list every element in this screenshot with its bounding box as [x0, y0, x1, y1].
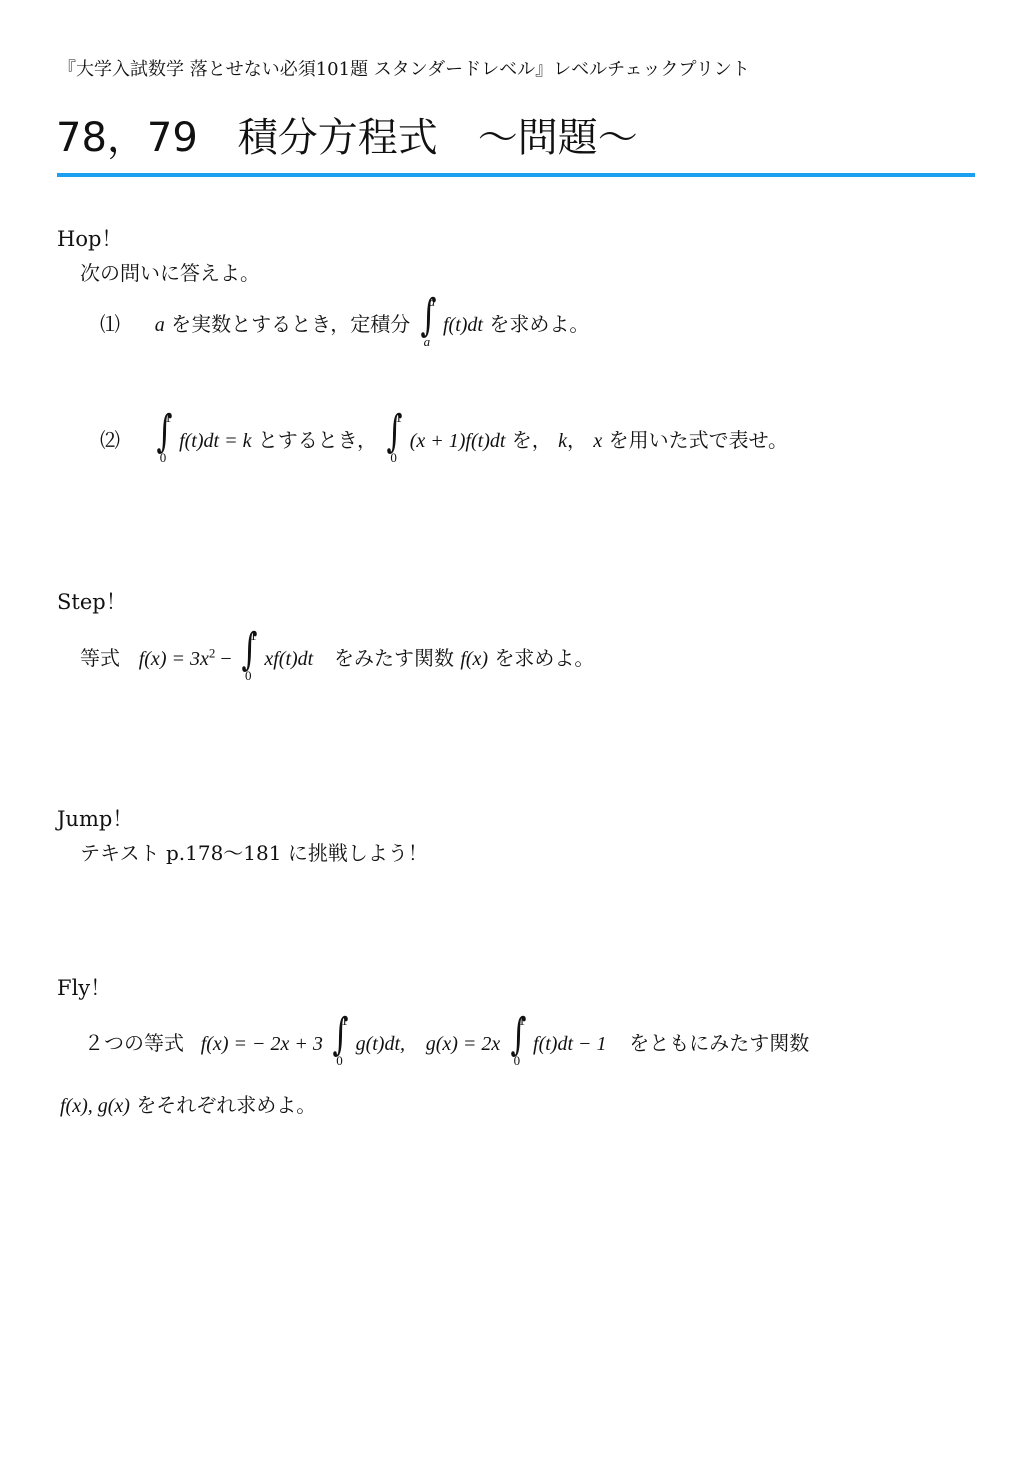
math-var-k: k [558, 430, 567, 452]
equation-lhs: f(x) = 3x [139, 648, 209, 670]
math-var-x: x [593, 430, 602, 452]
math-var-a: a [155, 314, 165, 336]
integral-sign: ∫ 1 0 [329, 1035, 349, 1055]
step-question: 等式 f(x) = 3x2 − ∫ 1 0 xf(t)dt をみたす関数 f(x… [80, 642, 594, 671]
jump-text: テキスト p.178～181 に挑戦しよう！ [80, 837, 428, 866]
fly-question-line1: ２つの等式 f(x) = − 2x + 3 ∫ 1 0 g(t)dt, g(x)… [84, 1027, 809, 1056]
integrand: (x + 1)f(t)dt [410, 430, 506, 452]
jump-label: Jump！ [57, 803, 133, 833]
question-number: ⑵ [100, 428, 120, 452]
hop-label: Hop！ [57, 223, 122, 253]
fly-label: Fly！ [57, 972, 111, 1002]
question-text: を実数とするとき，定積分 [171, 312, 410, 336]
question-text: を用いた式で表せ。 [609, 428, 788, 452]
title-underline [57, 173, 975, 177]
hop-instruction: 次の問いに答えよ。 [80, 257, 260, 286]
integral-sign: ∫ 1 0 [507, 1035, 527, 1055]
question-text: とするとき， [258, 428, 377, 452]
integral-sign: ∫ 1 0 [238, 650, 258, 670]
equation-g: g(x) = 2x [426, 1033, 501, 1055]
integrand: f(t)dt = k [179, 430, 251, 452]
hop-question-2: ⑵ ∫ 1 0 f(t)dt = k とするとき， ∫ 1 0 (x + 1)f… [100, 424, 788, 453]
integral-sign: ∫ 1 0 [383, 432, 403, 452]
question-text: を， [512, 428, 552, 452]
integrand: xf(t)dt [264, 648, 313, 670]
page-title: 78，79 積分方程式 ～問題～ [56, 106, 638, 163]
equation-f: f(x) = − 2x + 3 [201, 1033, 323, 1055]
fly-question-line2: f(x), g(x) をそれぞれ求めよ。 [60, 1089, 316, 1118]
integral-sign: ∫ a a [417, 316, 437, 336]
question-number: ⑴ [100, 312, 120, 336]
print-subtitle: 『大学入試数学 落とせない必須101題 スタンダードレベル』レベルチェックプリン… [58, 55, 750, 81]
step-label: Step！ [57, 586, 127, 616]
integral-sign: ∫ 1 0 [153, 432, 173, 452]
question-text: を求めよ。 [489, 312, 589, 336]
hop-question-1: ⑴ a を実数とするとき，定積分 ∫ a a f(t)dt を求めよ。 [100, 308, 589, 337]
integrand: f(t)dt [443, 314, 483, 336]
